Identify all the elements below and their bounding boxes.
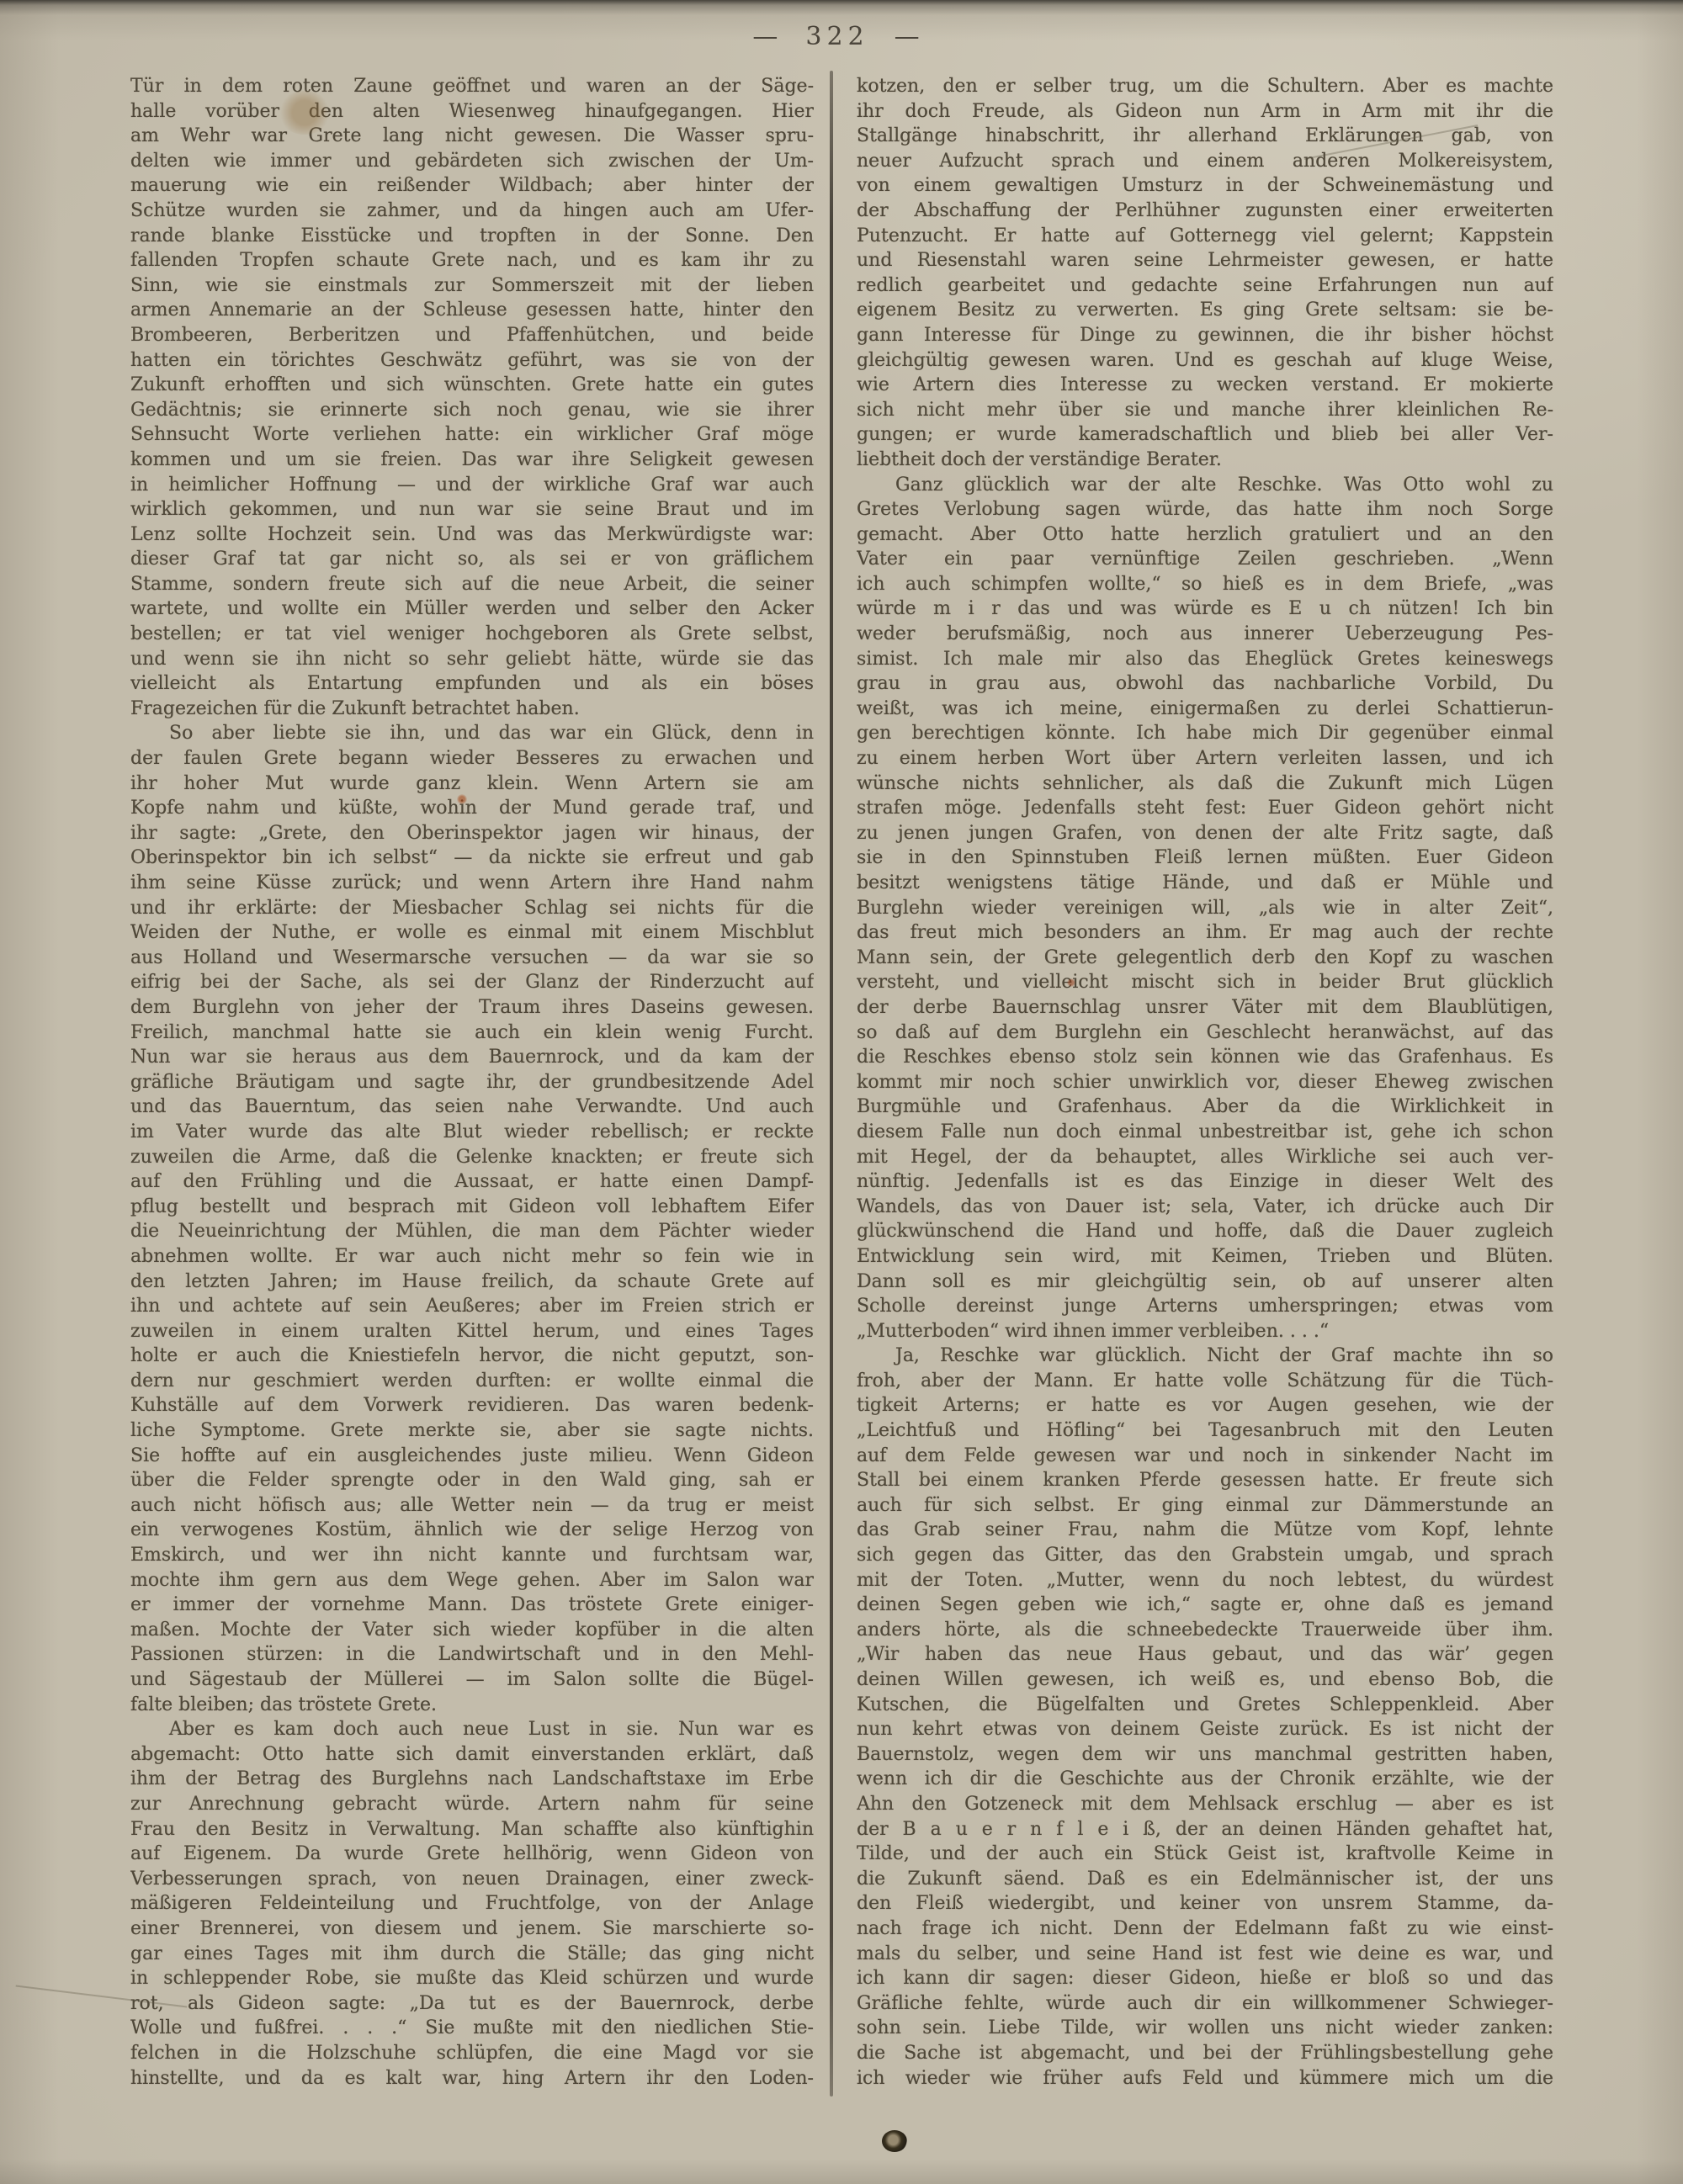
- text-line: Ahn den Gotzeneck mit dem Mehlsack ersch…: [857, 1792, 1553, 1817]
- text-line: so daß auf dem Burglehn ein Geschlecht h…: [857, 1020, 1553, 1046]
- text-line: Bauernstolz, wegen dem wir uns manchmal …: [857, 1742, 1553, 1768]
- paper-speck: [457, 794, 467, 804]
- left-text-column: Tür in dem roten Zaune geöffnet und ware…: [130, 74, 814, 2091]
- text-line: gräfliche Bräutigam und sagte ihr, der g…: [130, 1070, 814, 1095]
- text-line: wenn ich dir die Geschichte aus der Chro…: [857, 1767, 1553, 1792]
- text-line: zuweilen in einem uralten Kittel herum, …: [130, 1319, 814, 1344]
- text-line: wartete, und wollte ein Müller werden un…: [130, 596, 814, 622]
- text-line: Freilich, manchmal hatte sie auch ein kl…: [130, 1020, 814, 1046]
- text-line: das Grab seiner Frau, nahm die Mütze vom…: [857, 1518, 1553, 1543]
- text-line: pflug bestellt und besprach mit Gideon v…: [130, 1195, 814, 1220]
- text-line: gleichgültig gewesen waren. Und es gesch…: [857, 348, 1553, 374]
- text-line: von einem gewaltigen Umsturz in der Schw…: [857, 173, 1553, 199]
- text-line: gemacht. Aber Otto hatte herzlich gratul…: [857, 522, 1553, 548]
- text-line: mäßigeren Feldeinteilung und Fruchtfolge…: [130, 1891, 814, 1916]
- text-line: sohn sein. Liebe Tilde, wir wollen uns n…: [857, 2016, 1553, 2041]
- text-line: Verbesserungen sprach, von neuen Drainag…: [130, 1867, 814, 1892]
- text-line: grau in grau aus, obwohl das nachbarlich…: [857, 671, 1553, 697]
- text-line: die Zukunft säend. Daß es ein Edelmännis…: [857, 1867, 1553, 1892]
- text-line: dern nur geschmiert werden durften: er w…: [130, 1369, 814, 1394]
- text-line: Stamme, sondern freute sich auf die neue…: [130, 572, 814, 597]
- text-line: Kutschen, die Bügelfalten und Gretes Sch…: [857, 1693, 1553, 1718]
- text-line: die Neueinrichtung der Mühlen, die man d…: [130, 1219, 814, 1244]
- text-line: kommen und um sie freien. Das war ihre S…: [130, 448, 814, 473]
- text-line: und Riesenstahl waren seine Lehrmeister …: [857, 248, 1553, 273]
- text-line: weißt, was ich meine, einigermaßen zu de…: [857, 697, 1553, 722]
- text-line: Zukunft erhofften und sich wünschten. Gr…: [130, 373, 814, 398]
- text-line: wirklich gekommen, und nun war sie seine…: [130, 497, 814, 522]
- text-line: ihr hoher Mut wurde ganz klein. Wenn Art…: [130, 771, 814, 797]
- text-line: So aber liebte sie ihn, und das war ein …: [130, 721, 814, 746]
- text-line: wie Artern dies Interesse zu wecken vers…: [857, 373, 1553, 398]
- text-line: vielleicht als Entartung empfunden und a…: [130, 671, 814, 697]
- text-line: diesem Falle nun doch einmal unbestreitb…: [857, 1120, 1553, 1145]
- text-line: Stallgänge hinabschritt, ihr allerhand E…: [857, 124, 1553, 149]
- text-line: mals du selber, und seine Hand ist fest …: [857, 1942, 1553, 1967]
- text-line: auf Eigenem. Da wurde Grete hellhörig, w…: [130, 1842, 814, 1867]
- text-line: zu jenen jungen Grafen, von denen der al…: [857, 821, 1553, 846]
- text-line: Aber es kam doch auch neue Lust in sie. …: [130, 1717, 814, 1742]
- text-line: würde m i r das und was würde es E u ch …: [857, 596, 1553, 622]
- text-line: Lenz sollte Hochzeit sein. Und was das M…: [130, 522, 814, 548]
- text-line: tigkeit Arterns; er hatte es vor Augen g…: [857, 1393, 1553, 1418]
- text-line: Tilde, und der auch ein Stück Geist ist,…: [857, 1842, 1553, 1867]
- text-line: Vater ein paar vernünftige Zeilen geschr…: [857, 547, 1553, 572]
- text-line: nach frage ich nicht. Denn der Edelmann …: [857, 1916, 1553, 1942]
- text-line: mit Hegel, der da behauptet, alles Wirkl…: [857, 1145, 1553, 1170]
- text-line: Emskirch, und wer ihn nicht kannte und f…: [130, 1543, 814, 1568]
- text-line: sie in den Spinnstuben Fleiß lernen müßt…: [857, 846, 1553, 871]
- text-line: deinen Willen gewesen, ich weiß es, und …: [857, 1667, 1553, 1693]
- text-line: der derbe Bauernschlag unsrer Väter mit …: [857, 995, 1553, 1020]
- text-line: Scholle dereinst junge Arterns umherspri…: [857, 1294, 1553, 1319]
- text-line: Kopfe nahm und küßte, wohin der Mund ger…: [130, 796, 814, 821]
- text-line: der B a u e r n f l e i ß, der an deinen…: [857, 1817, 1553, 1842]
- text-line: strafen möge. Jedenfalls steht fest: Eue…: [857, 796, 1553, 821]
- text-line: wünsche nichts sehnlicher, als daß die Z…: [857, 771, 1553, 797]
- header-dash-right: —: [895, 22, 922, 51]
- text-line: kommt mir noch schier unwirklich vor, di…: [857, 1070, 1553, 1095]
- text-line: Kuhställe auf dem Vorwerk revidieren. Da…: [130, 1393, 814, 1418]
- text-line: in schleppender Robe, sie mußte das Klei…: [130, 1966, 814, 1991]
- text-line: sich gegen das Gitter, das den Grabstein…: [857, 1543, 1553, 1568]
- text-line: liebtheit doch der verständige Berater.: [857, 448, 1553, 473]
- text-line: ich auch schimpfen wollte,“ so hieß es i…: [857, 572, 1553, 597]
- page-header: — 322 —: [0, 22, 1675, 51]
- text-line: eigenem Besitz zu verwerten. Es ging Gre…: [857, 298, 1553, 323]
- text-line: abnehmen wollte. Er war auch nicht mehr …: [130, 1244, 814, 1270]
- text-line: Gräfliche fehlte, würde auch dir ein wil…: [857, 1991, 1553, 2017]
- text-line: über die Felder sprengte oder in den Wal…: [130, 1468, 814, 1493]
- text-line: ihr sagte: „Grete, den Oberinspektor jag…: [130, 821, 814, 846]
- text-line: Sinn, wie sie einstmals zur Sommerszeit …: [130, 273, 814, 299]
- text-line: nünftig. Jedenfalls ist es das Einzige i…: [857, 1169, 1553, 1195]
- text-line: rot, als Gideon sagte: „Da tut es der Ba…: [130, 1991, 814, 2017]
- text-line: versteht, und vielleicht mischt sich in …: [857, 970, 1553, 995]
- text-line: auf den Frühling und die Aussaat, er hat…: [130, 1169, 814, 1195]
- text-line: ich kann dir sagen: dieser Gideon, hieße…: [857, 1966, 1553, 1991]
- text-line: Nun war sie heraus aus dem Bauernrock, u…: [130, 1045, 814, 1070]
- text-line: nun kehrt etwas von deinem Geiste zurück…: [857, 1717, 1553, 1742]
- text-line: fallenden Tropfen schaute Grete nach, un…: [130, 248, 814, 273]
- text-line: den Fleiß wiedergibt, und keiner von uns…: [857, 1891, 1553, 1916]
- text-line: halle vorüber den alten Wiesenweg hinauf…: [130, 99, 814, 125]
- text-line: Gedächtnis; sie erinnerte sich noch gena…: [130, 398, 814, 423]
- text-line: redlich gearbeitet und gedachte seine Er…: [857, 273, 1553, 299]
- text-line: am Wehr war Grete lang nicht gewesen. Di…: [130, 124, 814, 149]
- text-line: in heimlicher Hoffnung — und der wirklic…: [130, 473, 814, 498]
- text-line: Burgmühle und Grafenhaus. Aber da die Wi…: [857, 1095, 1553, 1120]
- text-line: bestellen; er tat viel weniger hochgebor…: [130, 622, 814, 647]
- text-line: Brombeeren, Berberitzen und Pfaffenhütch…: [130, 323, 814, 348]
- text-line: hinstellte, und da es kalt war, hing Art…: [130, 2066, 814, 2091]
- text-line: felchen in die Holzschuhe schlüpfen, die…: [130, 2041, 814, 2066]
- text-line: maßen. Mochte der Vater sich wieder kopf…: [130, 1618, 814, 1643]
- text-line: Sehnsucht Worte verliehen hatte: ein wir…: [130, 422, 814, 448]
- text-line: zu einem herben Wort über Artern verleit…: [857, 746, 1553, 771]
- text-line: gen berechtigen könnte. Ich habe mich Di…: [857, 721, 1553, 746]
- text-line: neuer Aufzucht sprach und einem anderen …: [857, 149, 1553, 174]
- text-line: abgemacht: Otto hatte sich damit einvers…: [130, 1742, 814, 1768]
- text-line: delten wie immer und gebärdeten sich zwi…: [130, 149, 814, 174]
- text-line: er immer der vornehme Mann. Das tröstete…: [130, 1593, 814, 1618]
- text-line: besitzt wenigstens tätige Hände, und daß…: [857, 871, 1553, 896]
- text-line: „Mutterboden“ wird ihnen immer verbleibe…: [857, 1319, 1553, 1344]
- text-line: auf dem Felde gewesen war und noch in si…: [857, 1444, 1553, 1469]
- text-line: Wandels, das von Dauer ist; sela, Vater,…: [857, 1195, 1553, 1220]
- text-line: anders hörte, als die schneebedeckte Tra…: [857, 1618, 1553, 1643]
- paper-stain: [278, 91, 332, 135]
- text-line: Ganz glücklich war der alte Reschke. Was…: [857, 473, 1553, 498]
- text-line: dieser Graf tat gar nicht so, als sei er…: [130, 547, 814, 572]
- text-line: mauerung wie ein reißender Wildbach; abe…: [130, 173, 814, 199]
- text-line: der faulen Grete begann wieder Besseres …: [130, 746, 814, 771]
- text-line: ihm der Betrag des Burglehns nach Landsc…: [130, 1767, 814, 1792]
- text-line: Putenzucht. Er hatte auf Gotternegg viel…: [857, 224, 1553, 249]
- text-line: auch nicht höfisch aus; alle Wetter nein…: [130, 1493, 814, 1519]
- text-line: auch für sich selbst. Er ging einmal zur…: [857, 1493, 1553, 1519]
- text-line: Mann sein, der Grete gelegentlich derb d…: [857, 946, 1553, 971]
- text-line: Oberinspektor bin ich selbst“ — da nickt…: [130, 846, 814, 871]
- text-line: Schütze wurden sie zahmer, und da hingen…: [130, 199, 814, 224]
- text-line: den letzten Jahren; im Hause freilich, d…: [130, 1270, 814, 1295]
- paper-speck: [1067, 978, 1075, 987]
- text-line: deinen Segen geben wie ich,“ sagte er, o…: [857, 1593, 1553, 1618]
- column-divider-rule: [830, 71, 833, 2097]
- ink-blot: [882, 2130, 907, 2152]
- text-line: froh, aber der Mann. Er hatte volle Schä…: [857, 1369, 1553, 1394]
- text-line: mochte ihm gern aus dem Wege gehen. Aber…: [130, 1568, 814, 1593]
- text-line: einer Brennerei, von diesem und jenem. S…: [130, 1916, 814, 1942]
- text-line: der Abschaffung der Perlhühner zugunsten…: [857, 199, 1553, 224]
- text-line: armen Annemarie an der Schleuse gesessen…: [130, 298, 814, 323]
- text-line: hatten ein törichtes Geschwätz geführt, …: [130, 348, 814, 374]
- text-line: aus Holland und Wesermarsche versuchen —…: [130, 946, 814, 971]
- right-text-column: kotzen, den er selber trug, um die Schul…: [857, 74, 1553, 2091]
- text-line: Entwicklung sein wird, mit Keimen, Trieb…: [857, 1244, 1553, 1270]
- text-line: ihn und achtete auf sein Aeußeres; aber …: [130, 1294, 814, 1319]
- text-line: rande blanke Eisstücke und tropften in d…: [130, 224, 814, 249]
- text-line: gungen; er wurde kameradschaftlich und b…: [857, 422, 1553, 448]
- text-line: mit der Toten. „Mutter, wenn du noch leb…: [857, 1568, 1553, 1593]
- text-line: gann Interesse für Dinge zu gewinnen, di…: [857, 323, 1553, 348]
- text-line: ich wieder wie früher aufs Feld und kümm…: [857, 2066, 1553, 2091]
- text-line: falte bleiben; das tröstete Grete.: [130, 1693, 814, 1718]
- text-line: glückwünschend die Hand und hoffe, daß d…: [857, 1219, 1553, 1244]
- text-line: ihr doch Freude, als Gideon nun Arm in A…: [857, 99, 1553, 125]
- text-line: liche Symptome. Grete merkte sie, aber s…: [130, 1418, 814, 1444]
- text-line: Burglehn wieder vereinigen will, „als wi…: [857, 896, 1553, 921]
- text-line: die Sache ist abgemacht, und bei der Frü…: [857, 2041, 1553, 2066]
- text-line: und ihr erklärte: der Miesbacher Schlag …: [130, 896, 814, 921]
- text-line: und das Bauerntum, das seien nahe Verwan…: [130, 1095, 814, 1120]
- text-line: holte er auch die Kniestiefeln hervor, d…: [130, 1344, 814, 1369]
- text-line: Ja, Reschke war glücklich. Nicht der Gra…: [857, 1344, 1553, 1369]
- text-line: Sie hoffte auf ein ausgleichendes juste …: [130, 1444, 814, 1469]
- text-line: eifrig bei der Sache, als sei der Glanz …: [130, 970, 814, 995]
- text-line: ein verwogenes Kostüm, ähnlich wie der s…: [130, 1518, 814, 1543]
- text-line: zur Anrechnung gebracht würde. Artern na…: [130, 1792, 814, 1817]
- text-line: sich nicht mehr über sie und manche ihre…: [857, 398, 1553, 423]
- book-page: — 322 — Tür in dem roten Zaune geöffnet …: [0, 0, 1683, 2184]
- text-line: simist. Ich male mir also das Eheglück G…: [857, 647, 1553, 672]
- text-line: ihm seine Küsse zurück; und wenn Artern …: [130, 871, 814, 896]
- text-line: und Sägestaub der Müllerei — im Salon so…: [130, 1667, 814, 1693]
- text-line: Stall bei einem kranken Pferde gesessen …: [857, 1468, 1553, 1493]
- text-line: Passionen stürzen: in die Landwirtschaft…: [130, 1642, 814, 1667]
- text-line: das freut mich besonders an ihm. Er mag …: [857, 920, 1553, 946]
- text-line: gar eines Tages mit ihm durch die Ställe…: [130, 1942, 814, 1967]
- text-line: kotzen, den er selber trug, um die Schul…: [857, 74, 1553, 99]
- text-line: Weiden der Nuthe, er wolle es einmal mit…: [130, 920, 814, 946]
- page-number: 322: [805, 22, 868, 51]
- text-line: Frau den Besitz in Verwaltung. Man schaf…: [130, 1817, 814, 1842]
- text-line: „Wir haben das neue Haus gebaut, und das…: [857, 1642, 1553, 1667]
- text-line: und wenn sie ihn nicht so sehr geliebt h…: [130, 647, 814, 672]
- header-dash-left: —: [752, 22, 780, 51]
- text-line: „Leichtfuß und Höfling“ bei Tagesanbruch…: [857, 1418, 1553, 1444]
- text-line: Dann soll es mir gleichgültig sein, ob a…: [857, 1270, 1553, 1295]
- text-line: im Vater wurde das alte Blut wieder rebe…: [130, 1120, 814, 1145]
- text-line: Wolle und fußfrei. . . .“ Sie mußte mit …: [130, 2016, 814, 2041]
- text-line: weder berufsmäßig, noch aus innerer Uebe…: [857, 622, 1553, 647]
- text-line: Tür in dem roten Zaune geöffnet und ware…: [130, 74, 814, 99]
- text-line: Fragezeichen für die Zukunft betrachtet …: [130, 697, 814, 722]
- text-line: Gretes Verlobung sagen würde, das hatte …: [857, 497, 1553, 522]
- text-line: die Reschkes ebenso stolz sein können wi…: [857, 1045, 1553, 1070]
- text-line: dem Burglehn von jeher der Traum ihres D…: [130, 995, 814, 1020]
- text-line: zuweilen die Arme, daß die Gelenke knack…: [130, 1145, 814, 1170]
